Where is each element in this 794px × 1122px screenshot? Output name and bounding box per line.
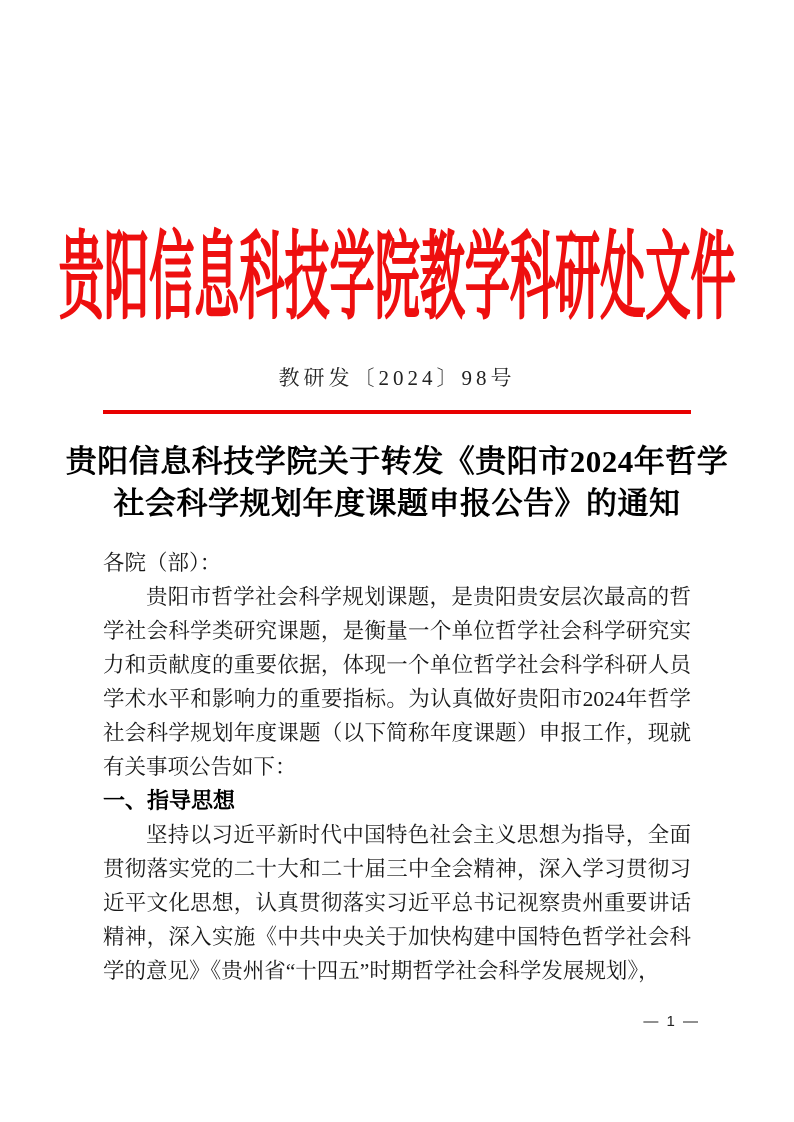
body-paragraph-1: 贵阳市哲学社会科学规划课题，是贵阳贵安层次最高的哲学社会科学类研究课题，是衡量一…	[103, 580, 691, 784]
page-number: — 1 —	[643, 1013, 700, 1030]
body-paragraph-2: 坚持以习近平新时代中国特色社会主义思想为指导，全面贯彻落实党的二十大和二十届三中…	[103, 818, 691, 988]
document-page: 贵阳信息科技学院教学科研处文件 教研发〔2024〕98号 贵阳信息科技学院关于转…	[0, 0, 794, 1122]
red-divider-line	[103, 410, 691, 414]
document-body: 各院（部）： 贵阳市哲学社会科学规划课题，是贵阳贵安层次最高的哲学社会科学类研究…	[103, 546, 691, 988]
document-title: 贵阳信息科技学院关于转发《贵阳市2024年哲学社会科学规划年度课题申报公告》的通…	[65, 441, 729, 525]
issuing-org-title: 贵阳信息科技学院教学科研处文件	[59, 224, 736, 332]
document-number: 教研发〔2024〕98号	[0, 362, 794, 392]
section-heading-1: 一、指导思想	[103, 784, 691, 818]
salutation: 各院（部）：	[103, 546, 691, 580]
red-header-banner: 贵阳信息科技学院教学科研处文件	[0, 224, 794, 332]
